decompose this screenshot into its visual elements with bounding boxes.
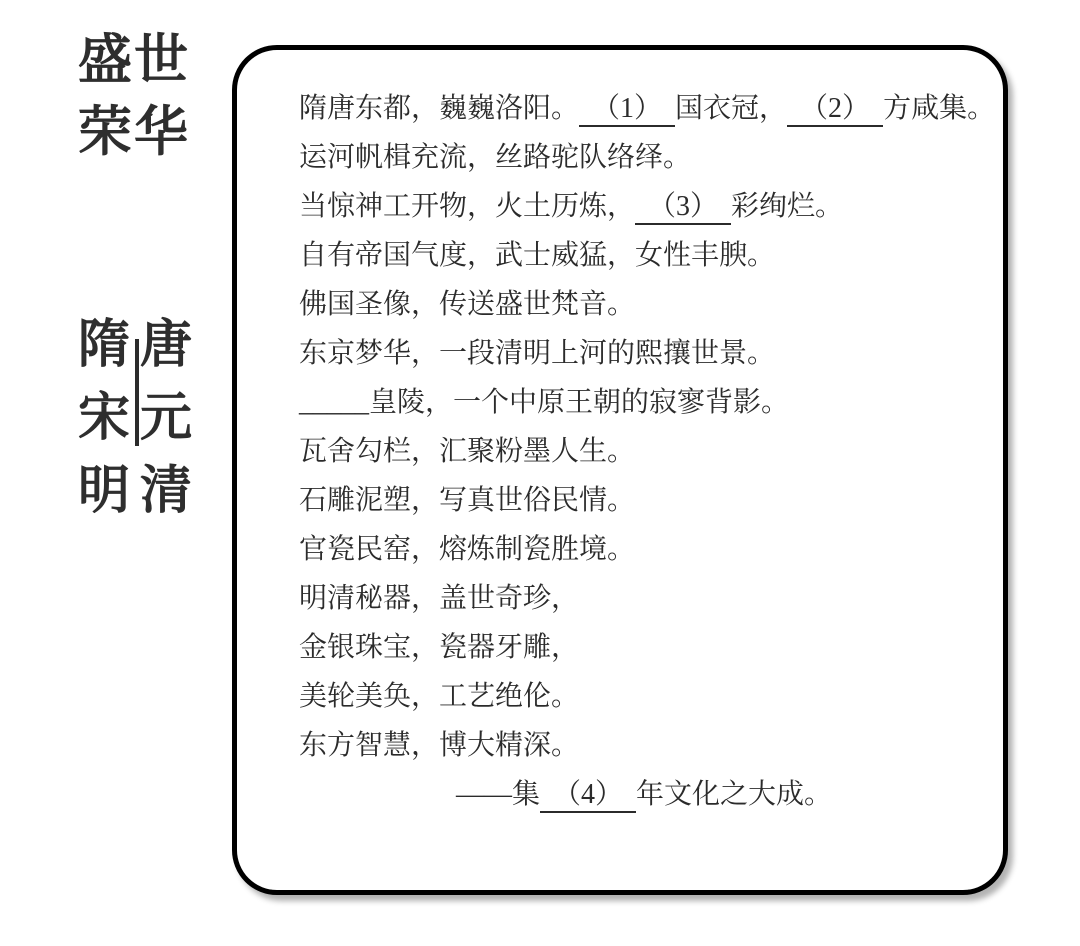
poem-line: 东方智慧，博大精深。 [299, 721, 973, 770]
poem-text: 瓦舍勾栏，汇聚粉墨人生。 [299, 436, 635, 467]
poem-text: ——集 [456, 779, 540, 810]
poem-text: 佛国圣像，传送盛世梵音。 [299, 289, 635, 320]
dynasty-divider-line [135, 339, 139, 446]
poem-line: 隋唐东都，巍巍洛阳。（1）国衣冠，（2）方咸集。 [299, 84, 973, 133]
exhibit-title-line: 荣华 [78, 96, 190, 168]
poem-line: _____皇陵，一个中原王朝的寂寥背影。 [299, 378, 973, 427]
poem-text: 金银珠宝，瓷器牙雕， [299, 632, 579, 663]
poem-line: 东京梦华，一段清明上河的熙攘世景。 [299, 329, 973, 378]
poem-line: 自有帝国气度，武士威猛，女性丰腴。 [299, 231, 973, 280]
poem-box: 隋唐东都，巍巍洛阳。（1）国衣冠，（2）方咸集。运河帆楫充流，丝路驼队络绎。当惊… [232, 45, 1008, 895]
poem-text: 国衣冠， [675, 93, 787, 124]
poem-line: 瓦舍勾栏，汇聚粉墨人生。 [299, 427, 973, 476]
dynasty-char: 元 [140, 375, 192, 450]
poem-line: 佛国圣像，传送盛世梵音。 [299, 280, 973, 329]
fill-in-blank: （1） [579, 92, 675, 127]
fill-in-blank: （2） [787, 92, 883, 127]
poem-text: 东方智慧，博大精深。 [299, 730, 579, 761]
fill-in-blank: （3） [635, 190, 731, 225]
exhibit-title-line: 盛世 [78, 24, 190, 96]
fill-in-blank: （4） [540, 778, 636, 813]
poem-line: 官瓷民窑，熔炼制瓷胜境。 [299, 525, 973, 574]
poem-line: 运河帆楫充流，丝路驼队络绎。 [299, 133, 973, 182]
poem-text: 方咸集。 [883, 93, 995, 124]
poem-text: 明清秘器，盖世奇珍， [299, 583, 579, 614]
poem-text: 自有帝国气度，武士威猛，女性丰腴。 [299, 240, 775, 271]
dynasty-char: 唐 [140, 302, 192, 377]
poem-text: 彩绚烂。 [731, 191, 843, 222]
poem-text: _____皇陵，一个中原王朝的寂寥背影。 [299, 387, 789, 418]
dynasty-char: 清 [140, 448, 192, 523]
poem-line: 当惊神工开物，火土历炼，（3）彩绚烂。 [299, 182, 973, 231]
poem-text: 美轮美奂，工艺绝伦。 [299, 681, 579, 712]
poem-line: 金银珠宝，瓷器牙雕， [299, 623, 973, 672]
poem-text: 运河帆楫充流，丝路驼队络绎。 [299, 142, 691, 173]
poem-line: 石雕泥塑，写真世俗民情。 [299, 476, 973, 525]
dynasty-char: 明 [78, 448, 130, 523]
poem-text: 当惊神工开物，火土历炼， [299, 191, 635, 222]
dynasty-char: 隋 [78, 302, 130, 377]
poem-text: 东京梦华，一段清明上河的熙攘世景。 [299, 338, 775, 369]
poem-line: ——集（4）年文化之大成。 [299, 770, 973, 819]
dynasty-row: 明清 [78, 449, 192, 522]
poem-text: 年文化之大成。 [636, 779, 832, 810]
poem-text: 官瓷民窑，熔炼制瓷胜境。 [299, 534, 635, 565]
poem-text: 石雕泥塑，写真世俗民情。 [299, 485, 635, 516]
poem-text: 隋唐东都，巍巍洛阳。 [299, 93, 579, 124]
dynasty-char: 宋 [78, 375, 130, 450]
poem-line: 明清秘器，盖世奇珍， [299, 574, 973, 623]
exhibit-title: 盛世荣华 [78, 24, 190, 168]
poem-line: 美轮美奂，工艺绝伦。 [299, 672, 973, 721]
